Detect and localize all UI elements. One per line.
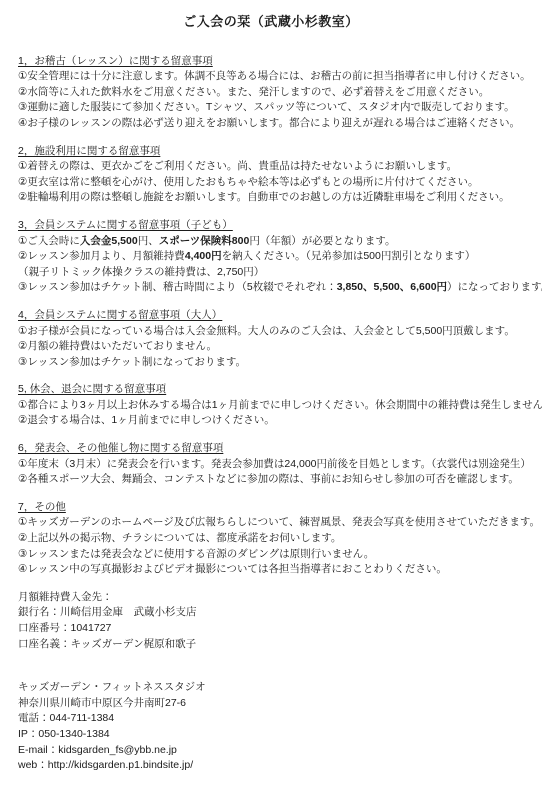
- notice-text: ①ご入会時に: [18, 235, 80, 247]
- section-heading: 4，会員システムに関する留意事項（大人）: [18, 308, 534, 324]
- notice-text: ①着替えの際は、更衣かごをご利用ください。尚、貴重品は持たせないようにお願いしま…: [18, 160, 457, 172]
- notice-text: ④お子様のレッスンの際は必ず送り迎えをお願いします。都合により迎えが遅れる場合は…: [18, 117, 520, 129]
- section-2: 2，施設利用に関する留意事項①着替えの際は、更衣かごをご利用ください。尚、貴重品…: [18, 144, 534, 206]
- notice-item: ①安全管理には十分に注意します。体調不良等ある場合には、お稽古の前に担当指導者に…: [18, 69, 534, 85]
- notice-item: ②退会する場合は、1ヶ月前までに申しつけください。: [18, 413, 534, 429]
- notice-text: ①都合により3ヶ月以上お休みする場合は1ヶ月前までに申しつけください。休会期間中…: [18, 399, 542, 411]
- section-1: 1，お稽古（レッスン）に関する留意事項①安全管理には十分に注意します。体調不良等…: [18, 54, 534, 132]
- contact-line: IP：050-1340-1384: [18, 727, 534, 743]
- notice-text: 円（年額）が必要となります。: [249, 235, 395, 247]
- bank-info-block: 月額維持費入金先：銀行名：川崎信用金庫 武蔵小杉支店口座番号：1041727口座…: [18, 590, 534, 652]
- notice-text: ②各種スポーツ大会、舞踊会、コンテストなどに参加の際は、事前にお知らせし参加の可…: [18, 473, 519, 485]
- section-heading: 6，発表会、その他催し物に関する留意事項: [18, 441, 534, 457]
- notice-item: ②各種スポーツ大会、舞踊会、コンテストなどに参加の際は、事前にお知らせし参加の可…: [18, 472, 534, 488]
- section-heading: 7，その他: [18, 500, 534, 516]
- notice-text: ①年度末（3月末）に発表会を行います。発表会参加費は24,000円前後を目処とし…: [18, 458, 531, 470]
- section-4: 4，会員システムに関する留意事項（大人）①お子様が会員になっている場合は入会金無…: [18, 308, 534, 370]
- contact-line: web：http://kidsgarden.p1.bindsite.jp/: [18, 758, 534, 774]
- notice-text: 円、: [138, 235, 159, 247]
- page-title: ご入会の栞（武蔵小杉教室）: [0, 14, 542, 30]
- section-6: 6，発表会、その他催し物に関する留意事項①年度末（3月末）に発表会を行います。発…: [18, 441, 534, 488]
- notice-text: ②レッスン参加月より、月額維持費: [18, 250, 185, 262]
- contact-block: キッズガーデン・フィットネススタジオ神奈川県川崎市中原区今井南町27-6電話：0…: [18, 680, 534, 774]
- notice-text: ）になっております。: [447, 281, 542, 293]
- notice-text: （親子リトミック体操クラスの維持費は、2,750円）: [18, 266, 264, 278]
- section-heading: 1，お稽古（レッスン）に関する留意事項: [18, 54, 534, 70]
- notice-text: ①安全管理には十分に注意します。体調不良等ある場合には、お稽古の前に担当指導者に…: [18, 70, 531, 82]
- section-7: 7，その他①キッズガーデンのホームページ及び広報ちらしについて、練習風景、発表会…: [18, 500, 534, 578]
- notice-text: ②水筒等に入れた飲料水をご用意ください。また、発汗しますので、必ず着替えをご用意…: [18, 86, 489, 98]
- notice-text: ②更衣室は常に整頓を心がけ、使用したおもちゃや絵本等は必ずもとの場所に片付けてく…: [18, 176, 479, 188]
- bank-line: 月額維持費入金先：: [18, 590, 534, 606]
- fee-amount: 3,850、5,500、6,600円: [337, 281, 447, 293]
- document-content: 1，お稽古（レッスン）に関する留意事項①安全管理には十分に注意します。体調不良等…: [18, 54, 534, 774]
- notice-item: ②上記以外の掲示物、チラシについては、都度承諾をお伺いします。: [18, 531, 534, 547]
- contact-line: 神奈川県川崎市中原区今井南町27-6: [18, 696, 534, 712]
- notice-item: ①ご入会時に入会金5,500円、スポーツ保険料800円（年額）が必要となります。: [18, 234, 534, 250]
- admission-guide-page: ご入会の栞（武蔵小杉教室） 1，お稽古（レッスン）に関する留意事項①安全管理には…: [0, 0, 542, 795]
- notice-text: ②月額の維持費はいただいておりません。: [18, 340, 217, 352]
- notice-text: ①お子様が会員になっている場合は入会金無料。大人のみのご入会は、入会金として5,…: [18, 325, 515, 337]
- notice-item: ④レッスン中の写真撮影およびビデオ撮影については各担当指導者におことわりください…: [18, 562, 534, 578]
- notice-text: ②駐輪場利用の際は整頓し施錠をお願いします。自動車でのお越しの方は近隣駐車場をご…: [18, 191, 510, 203]
- notice-text: ③運動に適した服装にて参加ください。Tシャツ、スパッツ等について、スタジオ内で販…: [18, 101, 515, 113]
- notice-item: ①キッズガーデンのホームページ及び広報ちらしについて、練習風景、発表会写真を使用…: [18, 515, 534, 531]
- notice-item: （親子リトミック体操クラスの維持費は、2,750円）: [18, 265, 534, 281]
- notice-item: ③レッスンまたは発表会などに使用する音源のダビングは原則行いません。: [18, 547, 534, 563]
- section-5: 5, 休会、退会に関する留意事項①都合により3ヶ月以上お休みする場合は1ヶ月前ま…: [18, 382, 534, 429]
- notice-text: ③レッスン参加はチケット制になっております。: [18, 356, 246, 368]
- notice-item: ②更衣室は常に整頓を心がけ、使用したおもちゃや絵本等は必ずもとの場所に片付けてく…: [18, 175, 534, 191]
- notice-item: ②駐輪場利用の際は整頓し施錠をお願いします。自動車でのお越しの方は近隣駐車場をご…: [18, 190, 534, 206]
- notice-text: ②退会する場合は、1ヶ月前までに申しつけください。: [18, 414, 275, 426]
- section-3: 3，会員システムに関する留意事項（子ども）①ご入会時に入会金5,500円、スポー…: [18, 218, 534, 296]
- notice-text: ①キッズガーデンのホームページ及び広報ちらしについて、練習風景、発表会写真を使用…: [18, 516, 540, 528]
- notice-item: ③レッスン参加はチケット制になっております。: [18, 355, 534, 371]
- notice-item: ①お子様が会員になっている場合は入会金無料。大人のみのご入会は、入会金として5,…: [18, 324, 534, 340]
- notice-text: を納入ください。（兄弟参加は500円割引となります）: [222, 250, 476, 262]
- notice-sections: 1，お稽古（レッスン）に関する留意事項①安全管理には十分に注意します。体調不良等…: [18, 54, 534, 578]
- notice-item: ②水筒等に入れた飲料水をご用意ください。また、発汗しますので、必ず着替えをご用意…: [18, 85, 534, 101]
- notice-text: ③レッスンまたは発表会などに使用する音源のダビングは原則行いません。: [18, 548, 374, 560]
- notice-item: ③運動に適した服装にて参加ください。Tシャツ、スパッツ等について、スタジオ内で販…: [18, 100, 534, 116]
- fee-amount: 入会金5,500: [80, 235, 138, 247]
- contact-line: キッズガーデン・フィットネススタジオ: [18, 680, 534, 696]
- notice-text: ④レッスン中の写真撮影およびビデオ撮影については各担当指導者におことわりください…: [18, 563, 447, 575]
- notice-item: ②月額の維持費はいただいておりません。: [18, 339, 534, 355]
- contact-line: 電話：044-711-1384: [18, 711, 534, 727]
- notice-item: ①着替えの際は、更衣かごをご利用ください。尚、貴重品は持たせないようにお願いしま…: [18, 159, 534, 175]
- fee-amount: スポーツ保険料800: [159, 235, 250, 247]
- fee-amount: 4,400円: [185, 250, 222, 262]
- section-heading: 2，施設利用に関する留意事項: [18, 144, 534, 160]
- notice-item: ④お子様のレッスンの際は必ず送り迎えをお願いします。都合により迎えが遅れる場合は…: [18, 116, 534, 132]
- bank-line: 銀行名：川崎信用金庫 武蔵小杉支店: [18, 605, 534, 621]
- bank-line: 口座名義：キッズガーデン梶原和歌子: [18, 637, 534, 653]
- notice-item: ②レッスン参加月より、月額維持費4,400円を納入ください。（兄弟参加は500円…: [18, 249, 534, 265]
- bank-line: 口座番号：1041727: [18, 621, 534, 637]
- contact-line: E-mail：kidsgarden_fs@ybb.ne.jp: [18, 743, 534, 759]
- notice-item: ①年度末（3月末）に発表会を行います。発表会参加費は24,000円前後を目処とし…: [18, 457, 534, 473]
- notice-item: ③レッスン参加はチケット制、稽古時間により（5枚綴でそれぞれ：3,850、5,5…: [18, 280, 534, 296]
- section-heading: 5, 休会、退会に関する留意事項: [18, 382, 534, 398]
- notice-text: ②上記以外の掲示物、チラシについては、都度承諾をお伺いします。: [18, 532, 341, 544]
- notice-text: ③レッスン参加はチケット制、稽古時間により（5枚綴でそれぞれ：: [18, 281, 337, 293]
- notice-item: ①都合により3ヶ月以上お休みする場合は1ヶ月前までに申しつけください。休会期間中…: [18, 398, 534, 414]
- section-heading: 3，会員システムに関する留意事項（子ども）: [18, 218, 534, 234]
